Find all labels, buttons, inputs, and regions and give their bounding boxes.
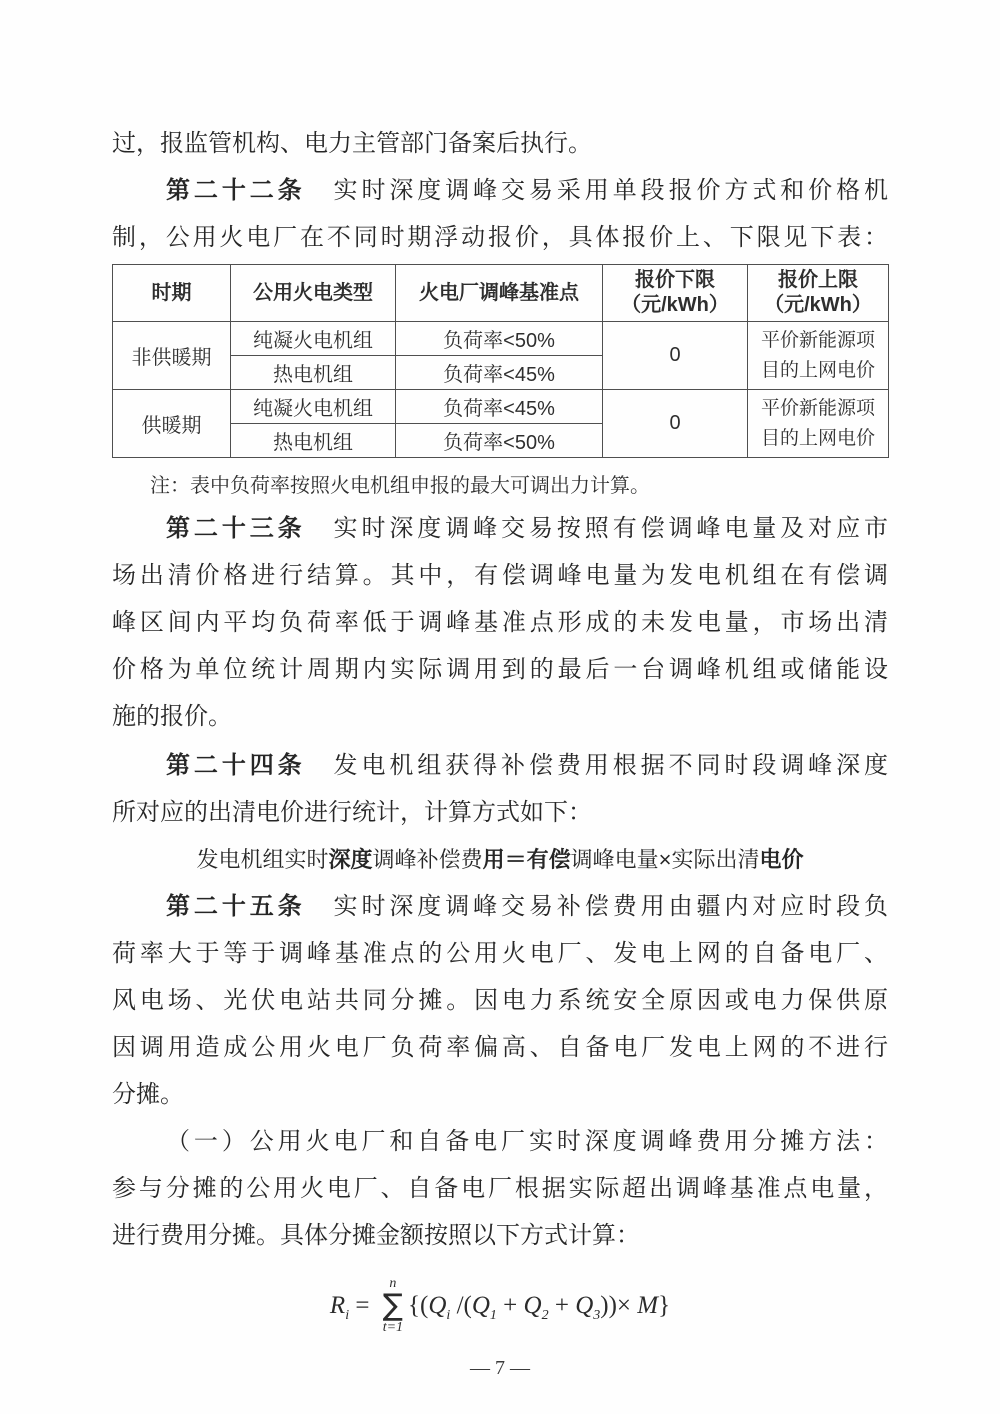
text-line: 峰区间内平均负荷率低于调峰基准点形成的未发电量，市场出清 <box>112 599 888 646</box>
text-line: （一）公用火电厂和自备电厂实时深度调峰费用分摊方法： <box>112 1118 888 1165</box>
cell-type: 热电机组 <box>231 424 396 458</box>
table-row: 非供暖期 纯凝火电机组 负荷率<50% 0 平价新能源项目的上网电价 <box>113 322 889 356</box>
text-line: 进行费用分摊。具体分摊金额按照以下方式计算： <box>112 1212 888 1259</box>
text-line: 分摊。 <box>112 1071 888 1118</box>
cell-period-heating: 供暖期 <box>113 390 231 458</box>
paragraph-article-24: 第二十四条 发电机组获得补偿费用根据不同时段调峰深度所对应的出清电价进行统计，计… <box>112 742 888 836</box>
column-header-benchmark: 火电厂调峰基准点 <box>396 265 603 322</box>
text-line: 所对应的出清电价进行统计，计算方式如下： <box>112 789 888 836</box>
formula-rhs: {(Qi /(Q1 + Q2 + Q3))× M} <box>408 1292 670 1320</box>
paragraph-article-22: 第二十二条 实时深度调峰交易采用单段报价方式和价格机制，公用火电厂在不同时期浮动… <box>112 167 888 261</box>
text-line: 制，公用火电厂在不同时期浮动报价，具体报价上、下限见下表： <box>112 214 888 261</box>
cell-type: 纯凝火电机组 <box>231 390 396 424</box>
text-line: 参与分摊的公用火电厂、自备电厂根据实际超出调峰基准点电量， <box>112 1165 888 1212</box>
column-header-plant-type: 公用火电类型 <box>231 265 396 322</box>
text-line: 因调用造成公用火电厂负荷率偏高、自备电厂发电上网的不进行 <box>112 1024 888 1071</box>
column-header-lower-limit: 报价下限（元/kWh） <box>603 265 748 322</box>
cell-lower-limit: 0 <box>603 390 748 458</box>
table-header-row: 时期 公用火电类型 火电厂调峰基准点 报价下限（元/kWh） 报价上限（元/kW… <box>113 265 889 322</box>
text-line: 第二十四条 发电机组获得补偿费用根据不同时段调峰深度 <box>112 742 888 789</box>
text-line: 场出清价格进行结算。其中，有偿调峰电量为发电机组在有偿调 <box>112 552 888 599</box>
text-line: 发电机组实时深度调峰补偿费用＝有偿调峰电量×实际出清电价 <box>112 836 888 883</box>
sigma-lower-bound: t=1 <box>383 1321 403 1335</box>
paragraph-article-23: 第二十三条 实时深度调峰交易按照有偿调峰电量及对应市场出清价格进行结算。其中，有… <box>112 505 888 740</box>
page-number: — 7 — <box>112 1357 888 1380</box>
document-page: 过，报监管机构、电力主管部门备案后执行。 第二十二条 实时深度调峰交易采用单段报… <box>0 0 1000 1414</box>
text-line: 价格为单位统计周期内实际调用到的最后一台调峰机组或储能设 <box>112 646 888 693</box>
text-line: 过，报监管机构、电力主管部门备案后执行。 <box>112 120 888 167</box>
compensation-formula-text: 发电机组实时深度调峰补偿费用＝有偿调峰电量×实际出清电价 <box>112 836 888 883</box>
cell-benchmark: 负荷率<45% <box>396 356 603 390</box>
cell-benchmark: 负荷率<50% <box>396 322 603 356</box>
cell-benchmark: 负荷率<45% <box>396 390 603 424</box>
text-line: 第二十三条 实时深度调峰交易按照有偿调峰电量及对应市 <box>112 505 888 552</box>
formula-lhs: Ri = <box>330 1292 376 1320</box>
share-formula: Ri = n ∑ t=1 {(Qi /(Q1 + Q2 + Q3))× M} <box>112 1267 888 1345</box>
paragraph-item-one: （一）公用火电厂和自备电厂实时深度调峰费用分摊方法：参与分摊的公用火电厂、自备电… <box>112 1118 888 1259</box>
text-line: 第二十五条 实时深度调峰交易补偿费用由疆内对应时段负 <box>112 883 888 930</box>
column-header-period: 时期 <box>113 265 231 322</box>
price-limits-table: 时期 公用火电类型 火电厂调峰基准点 报价下限（元/kWh） 报价上限（元/kW… <box>112 264 889 458</box>
text-line: 施的报价。 <box>112 693 888 740</box>
cell-type: 热电机组 <box>231 356 396 390</box>
cell-period-nonheating: 非供暖期 <box>113 322 231 390</box>
cell-upper-limit: 平价新能源项目的上网电价 <box>748 390 889 458</box>
paragraph-article-25: 第二十五条 实时深度调峰交易补偿费用由疆内对应时段负荷率大于等于调峰基准点的公用… <box>112 883 888 1118</box>
table-row: 供暖期 纯凝火电机组 负荷率<45% 0 平价新能源项目的上网电价 <box>113 390 889 424</box>
text-line: 荷率大于等于调峰基准点的公用火电厂、发电上网的自备电厂、 <box>112 930 888 977</box>
sigma-stack: n ∑ t=1 <box>383 1277 403 1335</box>
cell-benchmark: 负荷率<50% <box>396 424 603 458</box>
text-line: 第二十二条 实时深度调峰交易采用单段报价方式和价格机 <box>112 167 888 214</box>
cell-lower-limit: 0 <box>603 322 748 390</box>
table-note: 注：表中负荷率按照火电机组申报的最大可调出力计算。 <box>150 467 888 505</box>
cell-upper-limit: 平价新能源项目的上网电价 <box>748 322 889 390</box>
text-line: 风电场、光伏电站共同分摊。因电力系统安全原因或电力保供原 <box>112 977 888 1024</box>
paragraph-carryover: 过，报监管机构、电力主管部门备案后执行。 <box>112 120 888 167</box>
sigma-symbol: ∑ <box>383 1291 403 1321</box>
cell-type: 纯凝火电机组 <box>231 322 396 356</box>
column-header-upper-limit: 报价上限（元/kWh） <box>748 265 889 322</box>
